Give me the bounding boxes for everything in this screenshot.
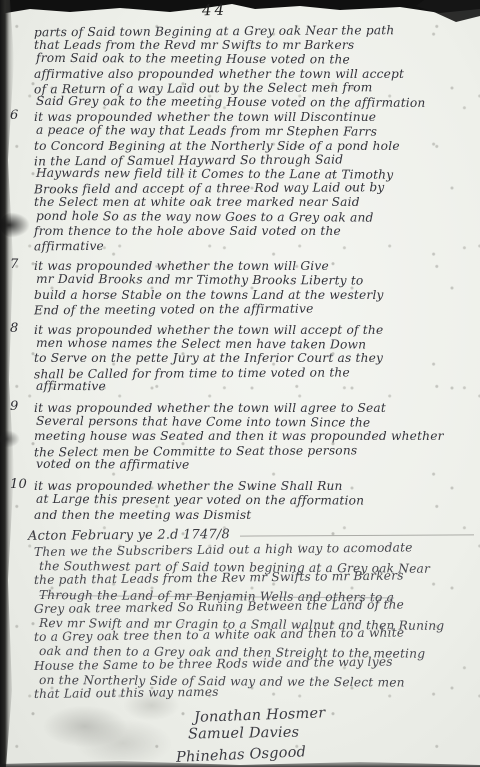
manuscript-line: meeting house was Seated and then it was… (34, 429, 474, 443)
paragraph-number: 7 (10, 258, 18, 272)
manuscript-line: End of the meeting voted on the affirmat… (34, 301, 474, 318)
page-number: 44 (202, 1, 228, 20)
manuscript-line: mr David Brooks and mr Timothy Brooks Li… (36, 272, 476, 289)
ink-smudge (0, 430, 20, 448)
ink-smudge (0, 212, 30, 238)
manuscript-line: affirmative (36, 379, 476, 396)
manuscript-line: to Serve on the pette Jury at the Inferi… (34, 351, 474, 365)
manuscript-line: it was propounded whether the Swine Shal… (34, 479, 474, 493)
scan-edge-top (0, 0, 480, 16)
paragraph-number: 8 (10, 322, 18, 336)
manuscript-line: Brooks field and accept of a three Rod w… (34, 180, 474, 197)
manuscript-line: from Said oak to the meeting House voted… (36, 51, 476, 68)
scanned-manuscript-page: 44 parts of Said town Begining at a Grey… (0, 0, 480, 767)
manuscript-line: the Select men at white oak tree marked … (34, 195, 474, 209)
dateline-rule (240, 535, 474, 537)
manuscript-line: parts of Said town Begining at a Grey oa… (34, 23, 474, 40)
manuscript-line: affirmative (34, 237, 474, 254)
paragraph: 8it was propounded whether the town will… (34, 323, 474, 394)
manuscript-line: at Large this present year voted on the … (36, 492, 476, 509)
manuscript-text: parts of Said town Begining at a Grey oa… (34, 24, 474, 761)
manuscript-line: voted on the affirmative (36, 457, 476, 474)
highway-record: Then we the Subscribers Laid out a high … (34, 545, 474, 701)
manuscript-line: from thence to the hole above Said voted… (34, 224, 474, 238)
paragraph: parts of Said town Begining at a Grey oa… (34, 24, 474, 109)
manuscript-line: men whose names the Select men have take… (36, 336, 476, 353)
manuscript-line: it was propounded whether the town will … (34, 401, 474, 415)
paragraph-number: 10 (10, 478, 27, 492)
manuscript-line: Said Grey oak to the meeting House voted… (36, 94, 476, 111)
scan-edge-top-right (416, 0, 480, 22)
dateline: Acton February ye 2.d 1747/8 (28, 528, 230, 544)
manuscript-line: a peace of the way that Leads from mr St… (36, 123, 476, 140)
manuscript-line: Several persons that have Come into town… (36, 414, 476, 431)
manuscript-line: pond hole So as the way now Goes to a Gr… (36, 208, 476, 225)
paragraph: 7it was propounded whether the town will… (34, 259, 474, 316)
paragraph-number: 6 (10, 109, 18, 123)
paragraph: 10it was propounded whether the Swine Sh… (34, 479, 474, 522)
manuscript-line: affirmative also propounded whether the … (34, 67, 474, 81)
paragraph: 6it was propounded whether the town will… (34, 110, 474, 252)
manuscript-line: and then the meeting was Dismist (34, 508, 474, 522)
manuscript-line: to Concord Begining at the Northerly Sid… (34, 139, 474, 153)
paragraph: 9it was propounded whether the town will… (34, 401, 474, 472)
manuscript-line: it was propounded whether the town will … (34, 323, 474, 337)
meeting-minutes: parts of Said town Begining at a Grey oa… (34, 24, 474, 522)
paragraph-number: 9 (10, 400, 18, 414)
signatures-block: Jonathan HosmerSamuel DaviesPhinehas Osg… (194, 704, 474, 761)
manuscript-line: build a horse Stable on the towns Land a… (34, 288, 474, 302)
